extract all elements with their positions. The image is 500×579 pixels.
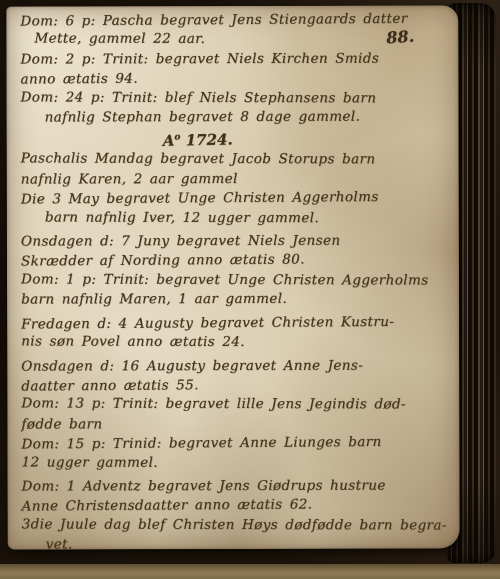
entry-line: 3die Juule dag blef Christen Høys dødfød… xyxy=(22,515,460,536)
entry-line: Fredagen d: 4 Augusty begravet Christen … xyxy=(21,312,459,334)
entry-line: Dom: 13 p: Trinit: begravet lille Jens J… xyxy=(21,395,459,416)
heading-year: 1724. xyxy=(185,131,232,150)
entry-line: Dom: 1 Adventz begravet Jens Giødrups hu… xyxy=(22,476,460,497)
manuscript-photo: 88. Dom: 6 p: Pascha begravet Jens Stien… xyxy=(0,0,500,579)
heading-prefix: A xyxy=(163,132,175,150)
entry-line: daatter anno ætatis 55. xyxy=(21,374,459,396)
entry-line: Paschalis Mandag begravet Jacob Storups … xyxy=(21,150,459,171)
entry-line: Die 3 May begravet Unge Christen Aggerho… xyxy=(21,188,459,210)
entry-line: Anne Christensdaatter anno ætatis 62. xyxy=(22,495,460,517)
entry-line: barn nafnlig Maren, 1 aar gammel. xyxy=(21,290,459,311)
entry-line: Dom: 6 p: Pascha begravet Jens Stiengaar… xyxy=(20,9,458,31)
entry-line: nis søn Povel anno ætatis 24. xyxy=(21,333,459,354)
table-surface xyxy=(0,564,500,579)
entry-line: vet. xyxy=(22,535,460,556)
entry-line: 12 ugger gammel. xyxy=(21,453,459,474)
entry-line: anno ætatis 94. xyxy=(20,68,458,90)
entry-line: Dom: 24 p: Trinit: blef Niels Stephansen… xyxy=(21,88,459,109)
entry-line: Dom: 15 p: Trinid: begravet Anne Liunges… xyxy=(21,433,459,455)
entry-line: fødde barn xyxy=(21,414,459,435)
entry-line: Mette, gammel 22 aar. xyxy=(20,30,458,51)
entry-line: Dom: 2 p: Trinit: begravet Niels Kirchen… xyxy=(20,49,458,70)
entry-line: barn nafnlig Iver, 12 ugger gammel. xyxy=(21,208,459,229)
entry-line: Onsdagen d: 16 Augusty begravet Anne Jen… xyxy=(21,356,459,377)
entry-line: Dom: 1 p: Trinit: begravet Unge Christen… xyxy=(21,270,459,291)
heading-superscript: o xyxy=(174,133,180,143)
entry-line: Skrædder af Nording anno ætatis 80. xyxy=(21,250,459,272)
register-page: 88. Dom: 6 p: Pascha begravet Jens Stien… xyxy=(6,5,459,549)
entry-line: nafnlig Karen, 2 aar gammel xyxy=(21,169,459,190)
